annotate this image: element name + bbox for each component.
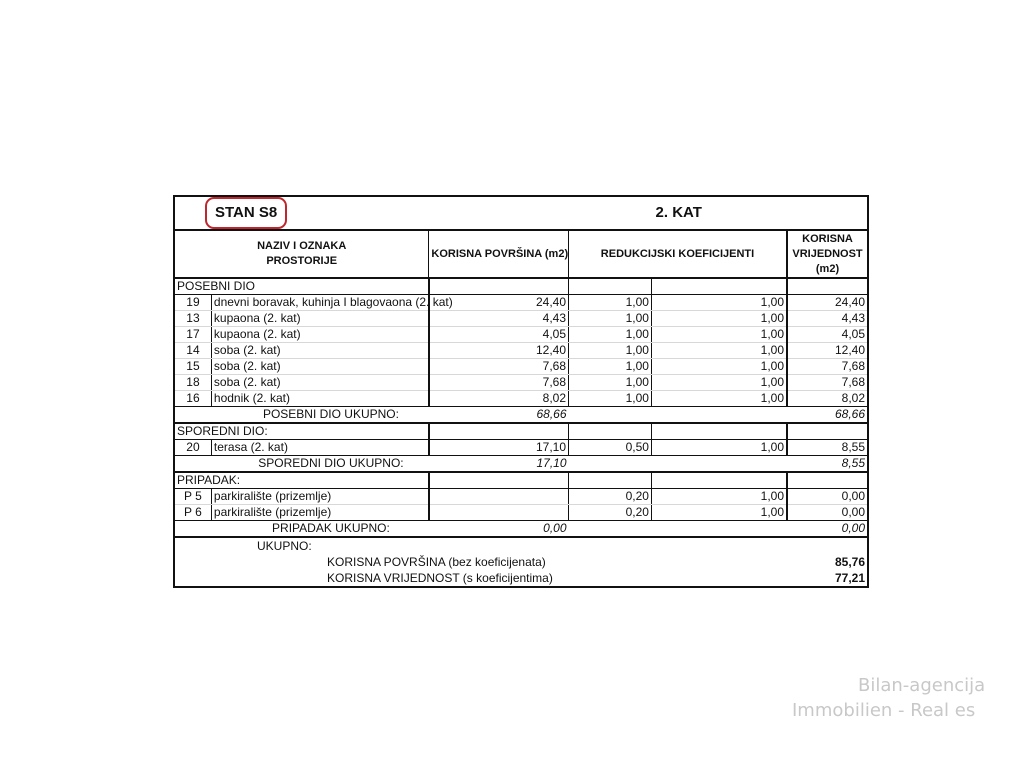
room-area: 8,02 [429, 391, 569, 407]
section-total-value: 8,55 [787, 456, 867, 473]
room-area: 12,40 [429, 343, 569, 359]
room-value: 4,05 [787, 327, 867, 343]
section-header-row: PRIPADAK: [175, 472, 867, 489]
room-value: 8,02 [787, 391, 867, 407]
room-value: 8,55 [787, 440, 867, 456]
room-value: 0,00 [787, 505, 867, 521]
room-name: soba (2. kat) [211, 359, 429, 375]
room-id: 16 [175, 391, 211, 407]
coefficient-1: 1,00 [569, 375, 652, 391]
coefficient-2: 1,00 [651, 311, 787, 327]
section-total-area: 17,10 [429, 456, 569, 473]
section-total-value: 0,00 [787, 521, 867, 538]
room-id: 19 [175, 295, 211, 311]
room-id: 17 [175, 327, 211, 343]
section-total-label: PRIPADAK UKUPNO: [175, 521, 429, 538]
summary-row-area: KORISNA POVRŠINA (bez koeficijenata) 85,… [175, 554, 867, 570]
room-name: soba (2. kat) [211, 375, 429, 391]
coefficient-1: 1,00 [569, 343, 652, 359]
coefficient-1: 0,50 [569, 440, 652, 456]
room-area: 17,10 [429, 440, 569, 456]
room-name: dnevni boravak, kuhinja I blagovaona (2.… [211, 295, 429, 311]
table-row: 13kupaona (2. kat)4,431,001,004,43 [175, 311, 867, 327]
room-area: 4,05 [429, 327, 569, 343]
coefficient-2: 1,00 [651, 375, 787, 391]
section-total-row: SPOREDNI DIO UKUPNO:17,108,55 [175, 456, 867, 473]
col-header-value: KORISNA VRIJEDNOST (m2) [787, 230, 867, 278]
section-total-value: 68,66 [787, 407, 867, 424]
room-id: 14 [175, 343, 211, 359]
col-header-name: NAZIV I OZNAKA PROSTORIJE [175, 230, 429, 278]
coefficient-2: 1,00 [651, 505, 787, 521]
room-id: 15 [175, 359, 211, 375]
table-row: 19dnevni boravak, kuhinja I blagovaona (… [175, 295, 867, 311]
summary-area-value: 85,76 [725, 554, 867, 570]
col-header-coefficients: REDUKCIJSKI KOEFICIJENTI [569, 230, 788, 278]
col-header-area: KORISNA POVRŠINA (m2) [429, 230, 569, 278]
room-value: 4,43 [787, 311, 867, 327]
table-row: 14soba (2. kat)12,401,001,0012,40 [175, 343, 867, 359]
table-row: P 5parkiralište (prizemlje)0,201,000,00 [175, 489, 867, 505]
coefficient-1: 1,00 [569, 311, 652, 327]
section-title: POSEBNI DIO [175, 278, 429, 295]
room-value: 0,00 [787, 489, 867, 505]
room-name: parkiralište (prizemlje) [211, 505, 429, 521]
coefficient-1: 1,00 [569, 295, 652, 311]
coefficient-2: 1,00 [651, 489, 787, 505]
coefficient-1: 1,00 [569, 391, 652, 407]
section-total-label: POSEBNI DIO UKUPNO: [175, 407, 429, 424]
section-header-row: POSEBNI DIO [175, 278, 867, 295]
table-row: P 6parkiralište (prizemlje)0,201,000,00 [175, 505, 867, 521]
section-total-label: SPOREDNI DIO UKUPNO: [175, 456, 429, 473]
summary-value-label: KORISNA VRIJEDNOST (s koeficijentima) [325, 570, 725, 586]
column-header-row: NAZIV I OZNAKA PROSTORIJE KORISNA POVRŠI… [175, 230, 867, 278]
coefficient-1: 0,20 [569, 489, 652, 505]
table-row: 20terasa (2. kat)17,100,501,008,55 [175, 440, 867, 456]
section-total-area: 68,66 [429, 407, 569, 424]
room-name: kupaona (2. kat) [211, 327, 429, 343]
watermark-line-2: Immobilien - Real es [792, 700, 975, 721]
section-total-row: POSEBNI DIO UKUPNO:68,6668,66 [175, 407, 867, 424]
coefficient-2: 1,00 [651, 327, 787, 343]
table-row: 16hodnik (2. kat)8,021,001,008,02 [175, 391, 867, 407]
room-id: 20 [175, 440, 211, 456]
room-name: hodnik (2. kat) [211, 391, 429, 407]
room-value: 7,68 [787, 359, 867, 375]
summary-table: UKUPNO: KORISNA POVRŠINA (bez koeficijen… [175, 538, 867, 586]
room-id: 13 [175, 311, 211, 327]
room-value: 7,68 [787, 375, 867, 391]
unit-label-highlighted: STAN S8 [205, 197, 287, 229]
coefficient-2: 1,00 [651, 295, 787, 311]
room-value: 24,40 [787, 295, 867, 311]
room-name: soba (2. kat) [211, 343, 429, 359]
title-row: STAN S8 2. KAT [175, 197, 867, 230]
coefficient-2: 1,00 [651, 391, 787, 407]
room-area [429, 489, 569, 505]
table-row: 18soba (2. kat)7,681,001,007,68 [175, 375, 867, 391]
room-id: 18 [175, 375, 211, 391]
section-total-area: 0,00 [429, 521, 569, 538]
room-area: 7,68 [429, 375, 569, 391]
room-value: 12,40 [787, 343, 867, 359]
room-area: 4,43 [429, 311, 569, 327]
coefficient-2: 1,00 [651, 440, 787, 456]
apartment-area-table: STAN S8 2. KAT NAZIV I OZNAKA PROSTORIJE… [173, 195, 869, 588]
summary-row-value: KORISNA VRIJEDNOST (s koeficijentima) 77… [175, 570, 867, 586]
table-row: 15soba (2. kat)7,681,001,007,68 [175, 359, 867, 375]
area-table: STAN S8 2. KAT NAZIV I OZNAKA PROSTORIJE… [175, 197, 867, 538]
summary-area-label: KORISNA POVRŠINA (bez koeficijenata) [325, 554, 725, 570]
summary-row-label: UKUPNO: [175, 538, 867, 554]
room-name: parkiralište (prizemlje) [211, 489, 429, 505]
room-id: P 5 [175, 489, 211, 505]
summary-label: UKUPNO: [175, 538, 867, 554]
coefficient-1: 1,00 [569, 327, 652, 343]
floor-label: 2. KAT [569, 197, 867, 230]
coefficient-2: 1,00 [651, 343, 787, 359]
section-title: SPOREDNI DIO: [175, 423, 429, 440]
room-name: terasa (2. kat) [211, 440, 429, 456]
coefficient-1: 0,20 [569, 505, 652, 521]
room-area [429, 505, 569, 521]
watermark-line-1: Bilan-agencija [858, 675, 985, 696]
coefficient-2: 1,00 [651, 359, 787, 375]
room-area: 7,68 [429, 359, 569, 375]
room-name: kupaona (2. kat) [211, 311, 429, 327]
section-title: PRIPADAK: [175, 472, 429, 489]
summary-value-value: 77,21 [725, 570, 867, 586]
coefficient-1: 1,00 [569, 359, 652, 375]
room-id: P 6 [175, 505, 211, 521]
table-row: 17kupaona (2. kat)4,051,001,004,05 [175, 327, 867, 343]
section-total-row: PRIPADAK UKUPNO:0,000,00 [175, 521, 867, 538]
section-header-row: SPOREDNI DIO: [175, 423, 867, 440]
